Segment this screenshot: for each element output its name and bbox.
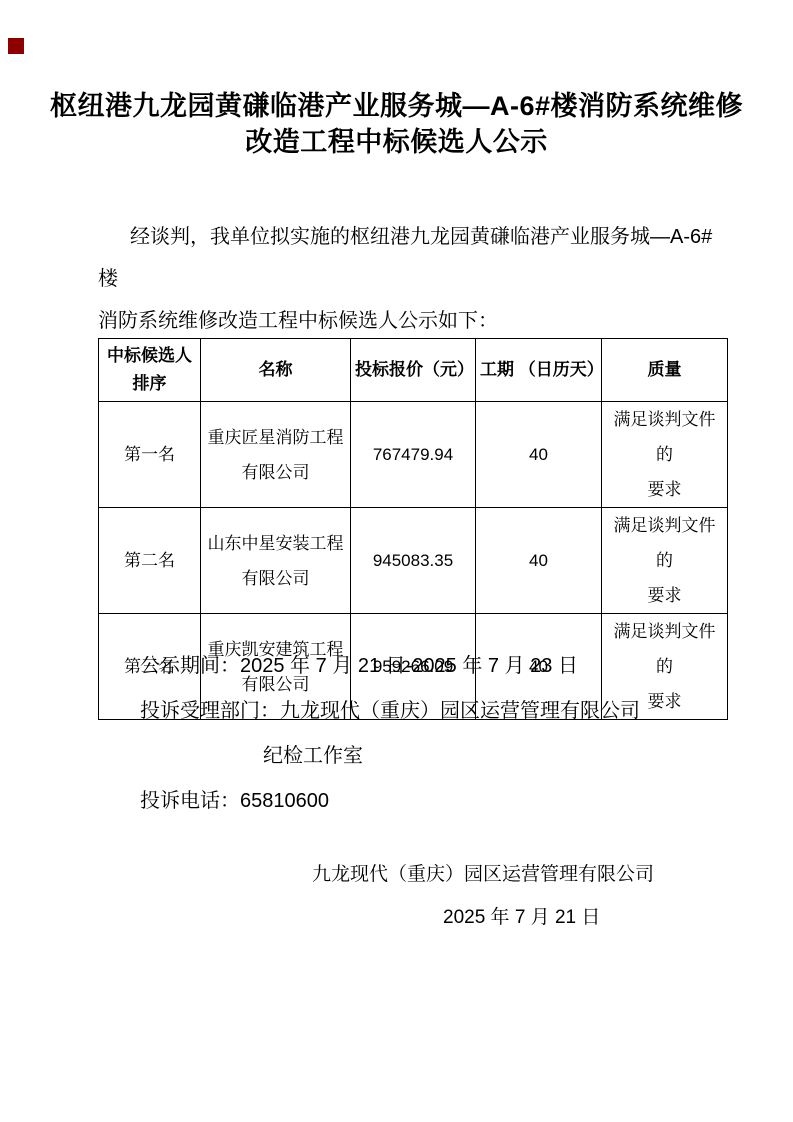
announcement-document: 枢纽港九龙园黄磏临港产业服务城—A-6#楼消防系统维修 改造工程中标候选人公示 … [0,0,793,1122]
page-title-line1: 枢纽港九龙园黄磏临港产业服务城—A-6#楼消防系统维修 [0,88,793,124]
complaint-phone: 投诉电话：65810600 [140,779,640,824]
col-header-quality: 质量 [602,339,728,402]
col-header-name: 名称 [201,339,351,402]
signature-company: 九龙现代（重庆）园区运营管理有限公司 [312,862,654,888]
table-row: 第一名 重庆匠星消防工程 有限公司 767479.94 40 满足谈判文件的 要… [99,402,728,508]
complaint-department: 投诉受理部门：九龙现代（重庆）园区运营管理有限公司 [140,689,640,734]
table-header-row: 中标候选人 排序 名称 投标报价（元） 工期 （日历天） 质量 [99,339,728,402]
intro-paragraph: 经谈判，我单位拟实施的枢纽港九龙园黄磏临港产业服务城—A-6#楼 消防系统维修改… [98,216,723,342]
cell-quality: 满足谈判文件的 要求 [602,508,728,614]
cell-duration: 40 [476,508,602,614]
intro-line2: 消防系统维修改造工程中标候选人公示如下： [98,300,723,342]
intro-line1: 经谈判，我单位拟实施的枢纽港九龙园黄磏临港产业服务城—A-6#楼 [98,216,723,300]
signature-date: 2025 年 7 月 21 日 [443,905,600,931]
publicity-period: 公示期间：2025 年 7 月 21 日-2025 年 7 月 23 日 [140,644,640,689]
cell-name: 山东中星安装工程 有限公司 [201,508,351,614]
col-header-duration: 工期 （日历天） [476,339,602,402]
complaint-department-line2: 纪检工作室 [140,734,640,779]
col-header-rank: 中标候选人 排序 [99,339,201,402]
cell-name: 重庆匠星消防工程 有限公司 [201,402,351,508]
col-header-price: 投标报价（元） [351,339,476,402]
page-title: 枢纽港九龙园黄磏临港产业服务城—A-6#楼消防系统维修 改造工程中标候选人公示 [0,88,793,160]
cell-quality: 满足谈判文件的 要求 [602,402,728,508]
cell-rank: 第二名 [99,508,201,614]
table-row: 第二名 山东中星安装工程 有限公司 945083.35 40 满足谈判文件的 要… [99,508,728,614]
footer-info: 公示期间：2025 年 7 月 21 日-2025 年 7 月 23 日 投诉受… [140,644,640,824]
red-square-marker [8,38,24,54]
cell-rank: 第一名 [99,402,201,508]
cell-price: 767479.94 [351,402,476,508]
cell-duration: 40 [476,402,602,508]
page-title-line2: 改造工程中标候选人公示 [0,124,793,160]
cell-price: 945083.35 [351,508,476,614]
